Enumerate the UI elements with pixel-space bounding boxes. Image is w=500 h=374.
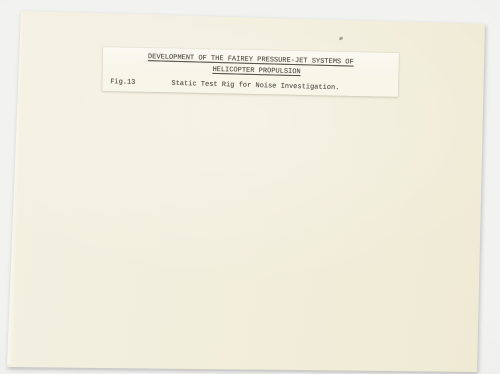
figure-number: Fig.13: [110, 77, 135, 89]
paper-edge-highlight: [6, 12, 24, 364]
figure-caption: Static Test Rig for Noise Investigation.: [171, 79, 339, 94]
scanned-photo-back: DEVELOPMENT OF THE FAIREY PRESSURE-JET S…: [0, 0, 500, 374]
caption-label-text-block: DEVELOPMENT OF THE FAIREY PRESSURE-JET S…: [102, 47, 399, 99]
caption-label: DEVELOPMENT OF THE FAIREY PRESSURE-JET S…: [102, 47, 399, 97]
